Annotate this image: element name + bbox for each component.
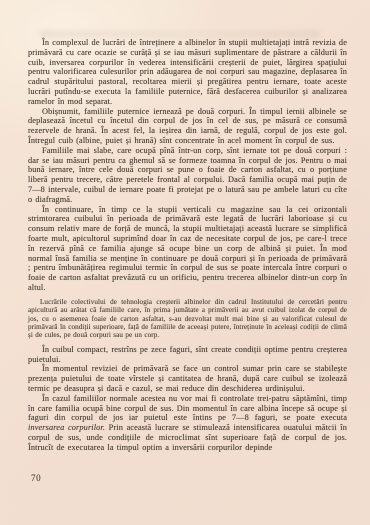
text-segment: Obișnumit, familiile puternice iernează … xyxy=(28,107,347,145)
paragraph: În complexul de lucrări de întreținere a… xyxy=(28,38,347,107)
paragraph: În cuibul compact, restrîns pe zece fagu… xyxy=(28,345,347,365)
scanned-book-page: În complexul de lucrări de întreținere a… xyxy=(0,0,370,525)
text-segment: inversarea corpurilor. xyxy=(28,423,105,432)
text-segment: În cazul familiilor normale acestea nu v… xyxy=(28,394,347,423)
text-segment: Lucrările colectivului de tehnologia cre… xyxy=(28,298,347,340)
paragraph: Obișnumit, familiile puternice iernează … xyxy=(28,107,347,146)
text-segment: În complexul de lucrări de întreținere a… xyxy=(28,38,347,106)
paragraph: Lucrările colectivului de tehnologia cre… xyxy=(28,298,347,340)
text-segment: În continuare, în timp ce la stupii vert… xyxy=(28,205,347,292)
paragraph: În continuare, în timp ce la stupii vert… xyxy=(28,205,347,293)
text-segment: Familiile mai slabe, care ocupă pînă înt… xyxy=(28,146,347,204)
text-column: În complexul de lucrări de întreținere a… xyxy=(28,38,347,453)
page-number: 70 xyxy=(31,473,41,483)
text-segment: În momentul reviziei de primăvară se fac… xyxy=(28,364,347,393)
paragraph: Familiile mai slabe, care ocupă pînă înt… xyxy=(28,146,347,205)
ink-ghosting-artifact xyxy=(40,30,320,38)
text-segment: În cuibul compact, restrîns pe zece fagu… xyxy=(28,345,347,364)
paragraph: În momentul reviziei de primăvară se fac… xyxy=(28,364,347,393)
paragraph: În cazul familiilor normale acestea nu v… xyxy=(28,394,347,453)
